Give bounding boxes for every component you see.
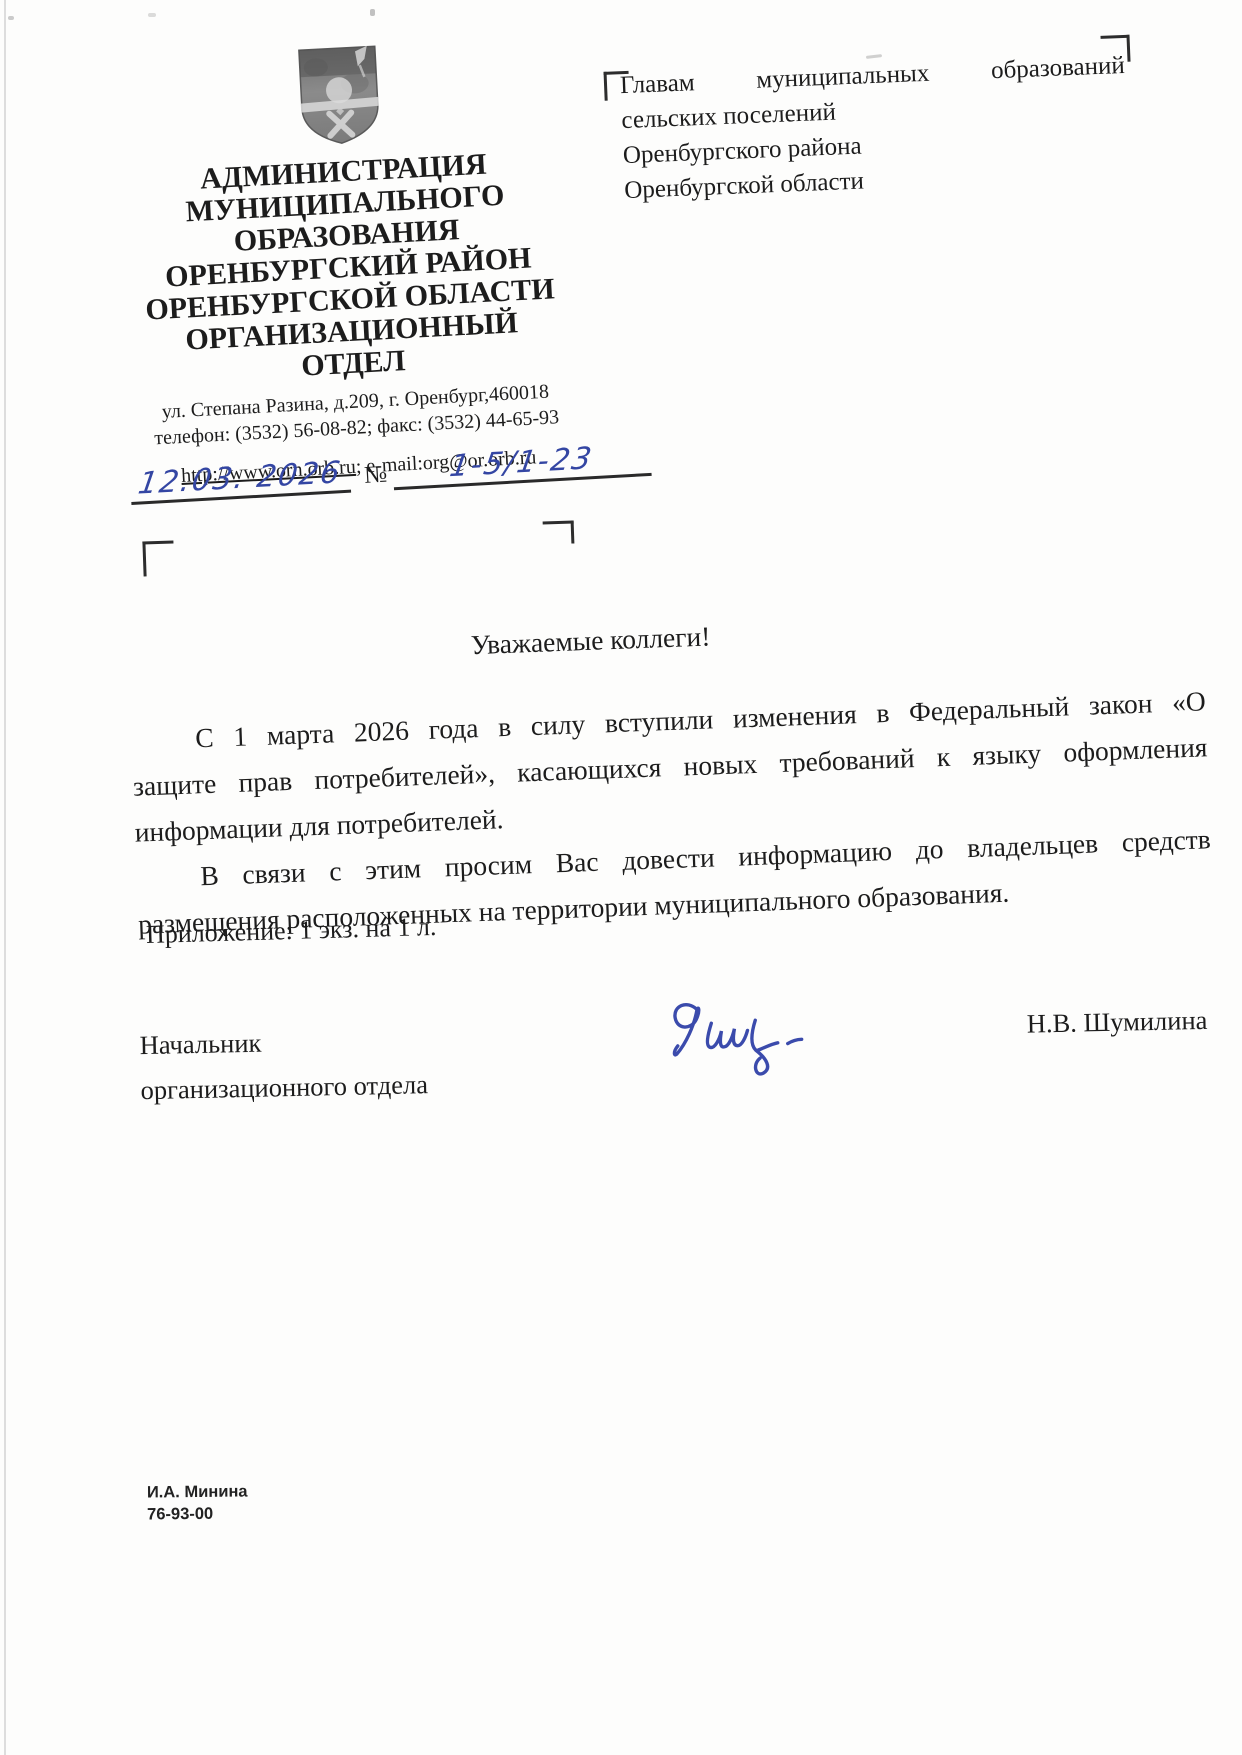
address-zone-corner-left (142, 540, 174, 576)
handwritten-date: 12.03. 2026 (136, 456, 344, 502)
number-sign: № (363, 462, 387, 490)
scan-speck (148, 13, 156, 17)
salutation: Уважаемые коллеги! (128, 602, 1203, 673)
scan-speck (8, 16, 14, 20)
scan-speck (370, 9, 375, 16)
handwritten-number: 1-5/1-23 (448, 442, 596, 484)
executor-name: И.А. Минина (147, 1480, 248, 1503)
letterhead: АДМИНИСТРАЦИЯ МУНИЦИПАЛЬНОГО ОБРАЗОВАНИЯ… (119, 33, 577, 490)
recipient-corner-close (1100, 35, 1130, 63)
scan-edge-artifact (4, 0, 6, 1755)
coat-of-arms-icon (293, 42, 386, 148)
executor-block: И.А. Минина 76-93-00 (147, 1480, 248, 1525)
executor-phone: 76-93-00 (147, 1502, 248, 1525)
address-zone-corner-right (543, 520, 575, 544)
signature-block: Начальник организационного отдела Н.В. Ш… (139, 1001, 1209, 1113)
letter-body: Уважаемые коллеги! С 1 марта 2026 года в… (128, 602, 1213, 947)
scanned-letter-page: АДМИНИСТРАЦИЯ МУНИЦИПАЛЬНОГО ОБРАЗОВАНИЯ… (0, 0, 1242, 1755)
signer-name: Н.В. Шумилина (1026, 1005, 1207, 1040)
recipient-corner-open (604, 71, 630, 101)
recipient-block: Главам муниципальных образований сельски… (619, 48, 1129, 208)
handwritten-signature-icon (659, 991, 821, 1089)
date-field: 12.03. 2026 (129, 440, 352, 505)
